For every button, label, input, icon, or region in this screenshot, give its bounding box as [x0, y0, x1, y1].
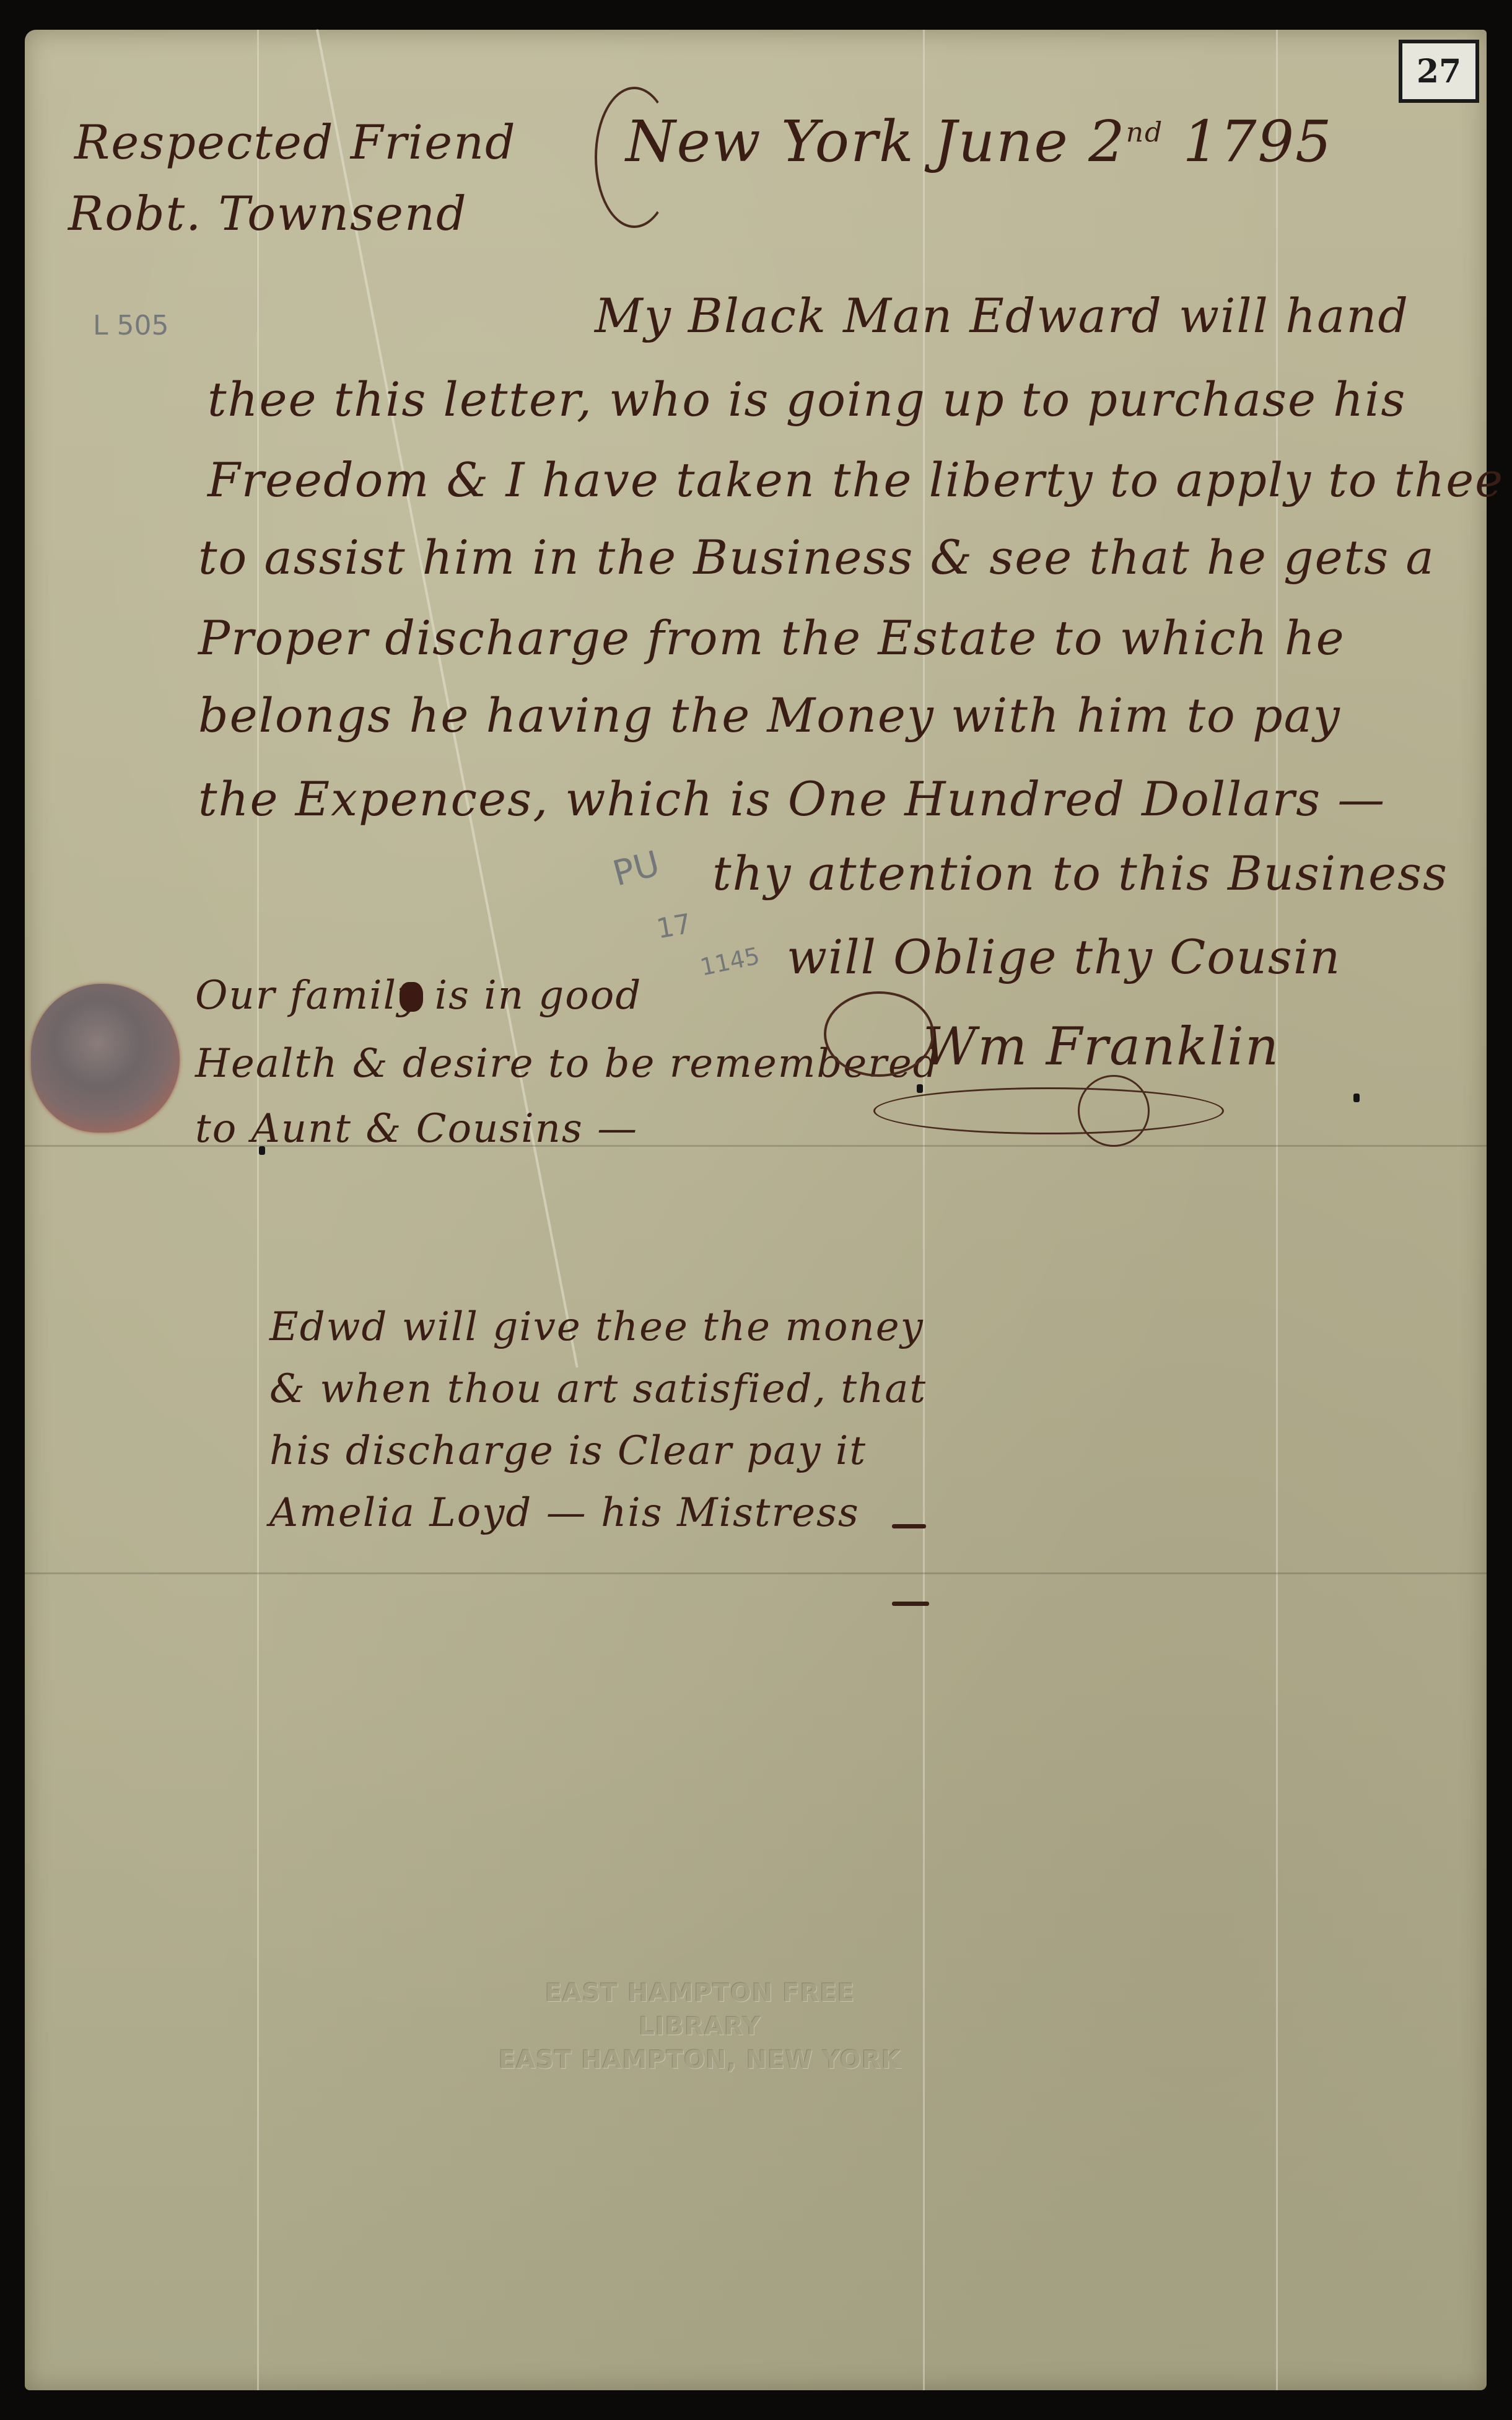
salutation-line: Respected Friend	[74, 115, 517, 170]
body-line: Proper discharge from the Estate to whic…	[198, 610, 1345, 665]
pencil-note: 17	[654, 908, 694, 945]
footnote-line: Amelia Loyd — his Mistress	[269, 1490, 860, 1536]
pin-hole	[259, 1146, 265, 1155]
footnote-line: his discharge is Clear pay it	[269, 1428, 867, 1474]
stamp-line-2: EAST HAMPTON, NEW YORK	[483, 2043, 917, 2077]
signature-underline-flourish	[873, 1087, 1224, 1134]
body-line: thy attention to this Business	[712, 846, 1448, 901]
signature: Wm Franklin	[923, 1016, 1280, 1077]
dateline-day-suffix: nd	[1126, 116, 1164, 148]
page-number-label: 27	[1399, 40, 1479, 103]
ink-blot	[400, 982, 423, 1012]
dateline-day: 2	[1088, 108, 1126, 175]
pin-hole	[917, 1084, 923, 1093]
signature-loop-flourish	[1078, 1075, 1150, 1147]
pencil-note-left-margin: L 505	[93, 310, 168, 341]
signature-flourish-left	[824, 991, 934, 1077]
body-line: belongs he having the Money with him to …	[198, 688, 1341, 743]
stamp-line-1: EAST HAMPTON FREE LIBRARY	[483, 1976, 917, 2043]
ink-blot	[1353, 1094, 1360, 1102]
dateline-flourish	[595, 87, 674, 228]
body-line: My Black Man Edward will hand	[595, 288, 1409, 343]
dateline-year: 1795	[1182, 108, 1332, 175]
closing-line: will Oblige thy Cousin	[787, 929, 1341, 984]
recipient-name: Robt. Townsend	[68, 186, 468, 241]
ink-dash-mark	[892, 1602, 929, 1606]
horizontal-fold-line	[25, 1572, 1487, 1574]
dateline: New York June 2nd 1795	[626, 108, 1333, 175]
body-line: the Expences, which is One Hundred Dolla…	[198, 771, 1386, 826]
body-line: thee this letter, who is going up to pur…	[208, 372, 1406, 427]
body-line: Freedom & I have taken the liberty to ap…	[208, 452, 1504, 507]
embossed-library-stamp: EAST HAMPTON FREE LIBRARY EAST HAMPTON, …	[483, 1976, 917, 2077]
footnote-line: & when thou art satisfied, that	[269, 1366, 927, 1412]
wax-seal	[31, 984, 180, 1133]
ink-dash-mark	[892, 1524, 926, 1528]
dateline-month: June	[934, 108, 1069, 175]
body-line: to assist him in the Business & see that…	[198, 530, 1435, 585]
postscript-line: to Aunt & Cousins —	[195, 1106, 638, 1152]
footnote-line: Edwd will give thee the money	[269, 1304, 924, 1350]
